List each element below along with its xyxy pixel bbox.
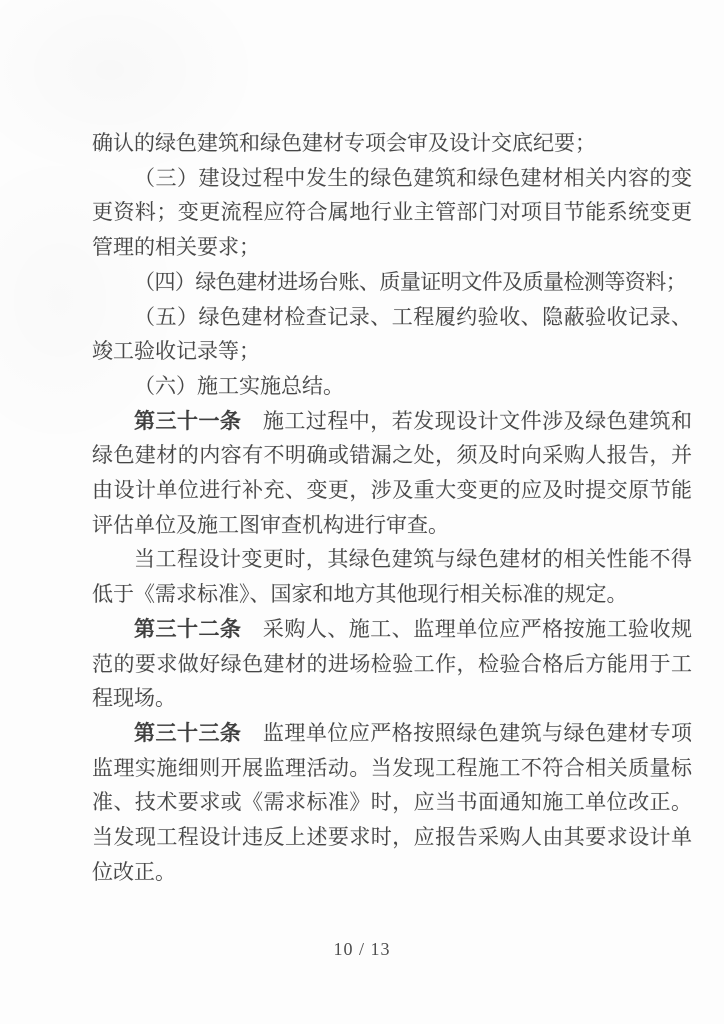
- body-paragraph: （三）建设过程中发生的绿色建筑和绿色建材相关内容的变更资料；变更流程应符合属地行…: [92, 161, 692, 265]
- body-paragraph: （六）施工实施总结。: [92, 369, 692, 404]
- body-paragraph: （四）绿色建材进场台账、质量证明文件及质量检测等资料；: [92, 265, 692, 300]
- clause-paragraph: 第三十三条 监理单位应严格按照绿色建筑与绿色建材专项监理实施细则开展监理活动。当…: [92, 716, 692, 890]
- clause-paragraph: 第三十二条 采购人、施工、监理单位应严格按施工验收规范的要求做好绿色建材的进场检…: [92, 612, 692, 716]
- clause-paragraph: 第三十一条 施工过程中，若发现设计文件涉及绿色建筑和绿色建材的内容有不明确或错漏…: [92, 404, 692, 543]
- document-page: 确认的绿色建筑和绿色建材专项会审及设计交底纪要；（三）建设过程中发生的绿色建筑和…: [0, 0, 724, 1024]
- clause-number: 第三十三条: [134, 721, 241, 745]
- body-paragraph: 确认的绿色建筑和绿色建材专项会审及设计交底纪要；: [92, 126, 692, 161]
- page-footer: 10 / 13: [0, 939, 724, 960]
- page-number: 10 / 13: [333, 939, 390, 959]
- body-paragraph: 当工程设计变更时，其绿色建筑与绿色建材的相关性能不得低于《需求标准》、国家和地方…: [92, 542, 692, 611]
- clause-number: 第三十一条: [134, 409, 241, 433]
- document-body: 确认的绿色建筑和绿色建材专项会审及设计交底纪要；（三）建设过程中发生的绿色建筑和…: [92, 126, 692, 889]
- body-paragraph: （五）绿色建材检查记录、工程履约验收、隐蔽验收记录、竣工验收记录等；: [92, 300, 692, 369]
- clause-number: 第三十二条: [134, 617, 241, 641]
